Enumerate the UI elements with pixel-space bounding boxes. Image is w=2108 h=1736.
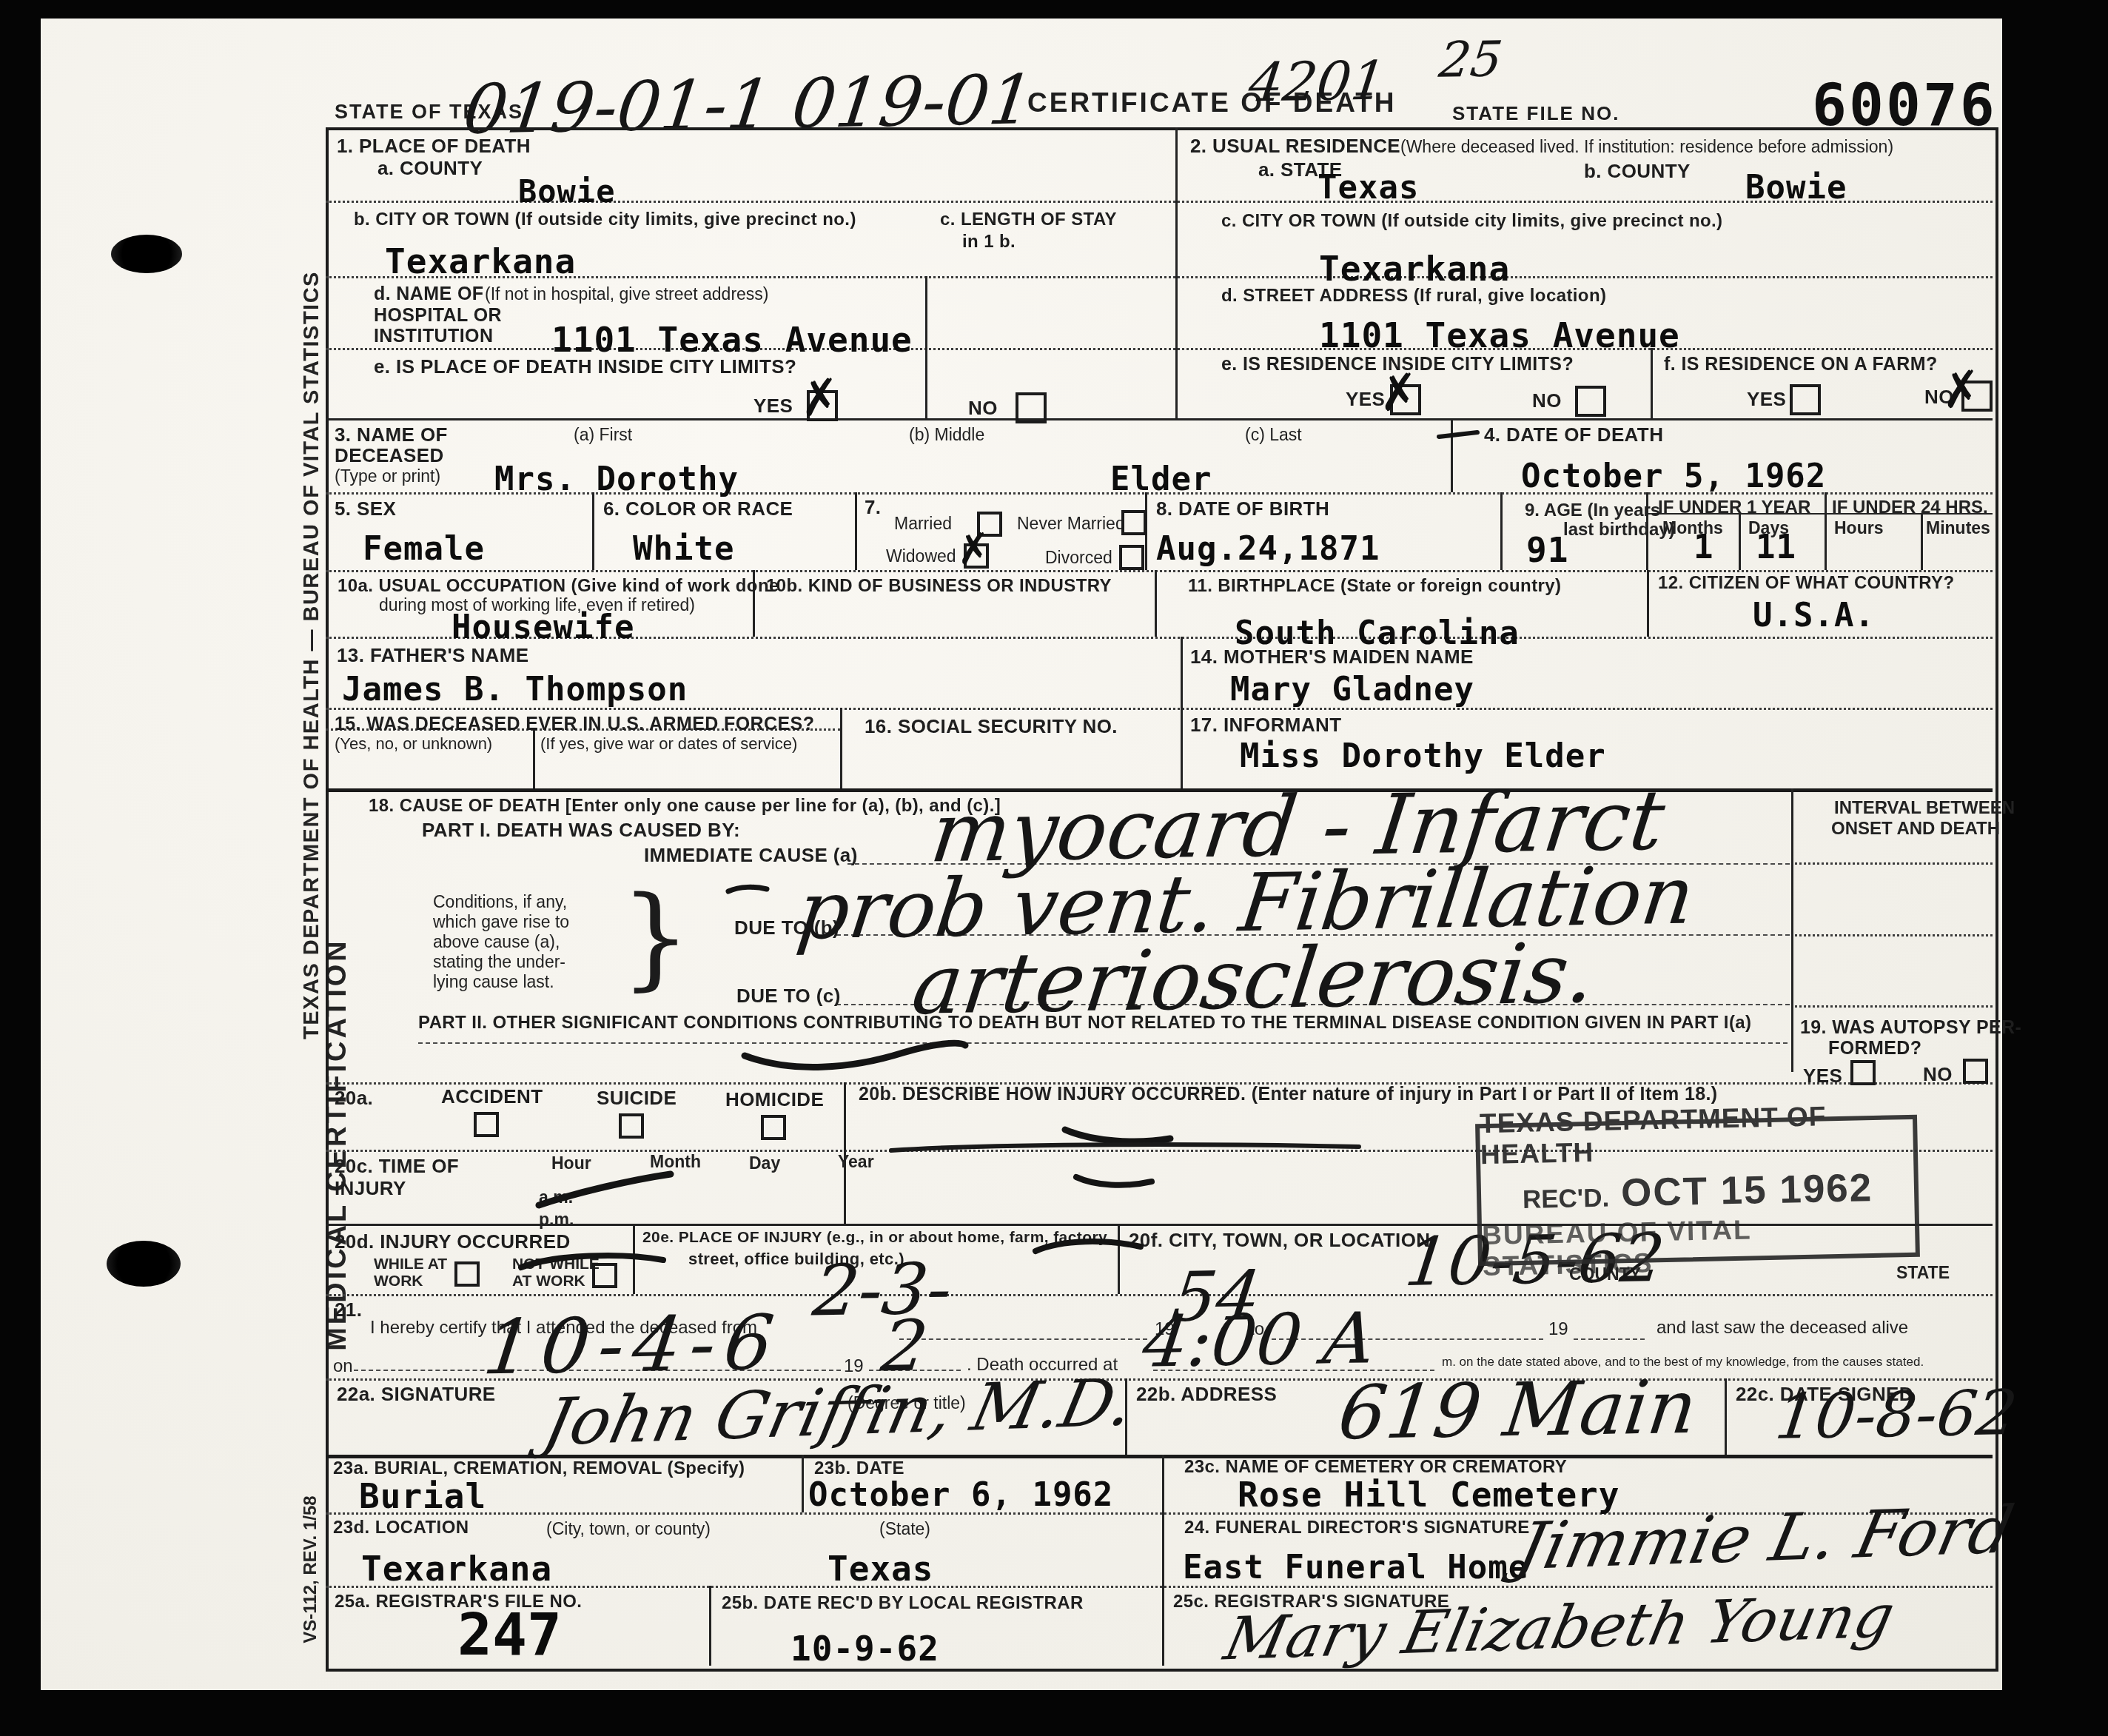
field-20d-while-label2: WORK: [374, 1273, 423, 1290]
checkbox-20d-while: [454, 1261, 480, 1287]
field-20d-while-label: WHILE AT: [374, 1256, 447, 1273]
field-3-label: 3. NAME OF: [335, 423, 448, 446]
handwritten-number-25: 25: [1436, 30, 1506, 88]
brace-glyph: }: [620, 874, 691, 1002]
pen-stroke: [1436, 428, 1480, 441]
grid-line: [533, 728, 535, 788]
grid-line: [1162, 1586, 1164, 1666]
grid-line: [840, 708, 842, 788]
field-10b-label: 10b. KIND OF BUSINESS OR INDUSTRY: [766, 576, 1112, 597]
field-20c-day-label: Day: [749, 1153, 780, 1173]
field-1d-value: 1101 Texas Avenue: [551, 320, 913, 360]
checkbox-2f-yes: [1790, 384, 1821, 415]
field-25b-value: 10-9-62: [790, 1629, 939, 1669]
checkbox-20a-suicide: [619, 1113, 644, 1139]
checkbox-1e-no: [1016, 392, 1047, 423]
grid-line: [1155, 570, 1157, 637]
checkbox-19-no: [1963, 1059, 1988, 1084]
pen-stroke: [888, 1140, 1362, 1155]
field-9-minutes-label: Minutes: [1926, 518, 1990, 538]
write-line: [418, 1042, 1788, 1044]
checkbox-7-divorced: [1119, 545, 1144, 570]
field-1a-value: Bowie: [518, 173, 615, 210]
field-15-sub1: (Yes, no, or unknown): [335, 734, 492, 754]
field-23d-city-value: Texarkana: [361, 1549, 552, 1589]
field-2-title-paren: (Where deceased lived. If institution: r…: [1400, 137, 1893, 157]
grid-line: [326, 570, 1993, 572]
grid-line: [1651, 348, 1653, 418]
field-20c-label: 20c. TIME OF: [335, 1155, 459, 1178]
checkbox-7-never-married: [1121, 510, 1147, 535]
grid-line: [1791, 862, 1993, 865]
field-21-num: 21.: [335, 1298, 362, 1321]
field-9-hours-label: Hours: [1834, 518, 1883, 538]
handwritten-attended-from: 2-3-: [809, 1248, 956, 1332]
field-1c-label2: in 1 b.: [962, 232, 1016, 252]
checkmark-2e-yes: ✗: [1375, 362, 1422, 423]
field-1-title: 1. PLACE OF DEATH: [337, 135, 531, 158]
grid-line: [925, 276, 927, 418]
margin-department-text: TEXAS DEPARTMENT OF HEALTH — BUREAU OF V…: [298, 355, 325, 955]
field-12-label: 12. CITIZEN OF WHAT COUNTRY?: [1658, 573, 1955, 594]
write-line: [899, 1338, 1147, 1340]
grid-line: [1162, 1455, 1164, 1586]
handwritten-date-signed: 10-8-62: [1772, 1376, 2021, 1453]
field-18-part2: PART II. OTHER SIGNIFICANT CONDITIONS CO…: [418, 1013, 1751, 1033]
field-1b-value: Texarkana: [385, 241, 576, 281]
field-2c-value: Texarkana: [1319, 249, 1510, 289]
pen-stroke: [740, 1035, 970, 1076]
field-15-sub2: (If yes, give war or dates of service): [540, 734, 797, 754]
field-3-first-label: (a) First: [574, 425, 632, 445]
field-18-due-c-label: DUE TO (c): [736, 985, 841, 1008]
handwritten-death-time: 4:00 A: [1138, 1298, 1380, 1383]
stamp-date: OCT 15 1962: [1620, 1165, 1873, 1216]
field-9-label: 9. AGE (In years: [1525, 500, 1660, 521]
field-18-part1: PART I. DEATH WAS CAUSED BY:: [422, 819, 740, 842]
field-13-label: 13. FATHER'S NAME: [337, 644, 529, 667]
field-18-conditions-note: above cause (a),: [433, 932, 560, 952]
field-19-label2: FORMED?: [1828, 1038, 1921, 1059]
interval-header: INTERVAL BETWEEN: [1834, 798, 2015, 819]
field-23a-value: Burial: [359, 1476, 486, 1516]
field-18-conditions-note: stating the under-: [433, 952, 565, 972]
checkmark-1e-yes: ✗: [796, 367, 843, 428]
field-17-label: 17. INFORMANT: [1190, 714, 1342, 737]
field-2c-label: c. CITY OR TOWN (If outside city limits,…: [1221, 211, 1722, 232]
grid-line: [1921, 513, 1923, 570]
field-20a-homicide-label: HOMICIDE: [725, 1088, 824, 1111]
field-3-last-label: (c) Last: [1245, 425, 1302, 445]
field-3-first-value: Mrs. Dorothy: [494, 460, 739, 498]
grid-line: [802, 1455, 804, 1512]
field-1a-label: a. COUNTY: [377, 157, 483, 180]
handwritten-address: 619 Main: [1334, 1364, 1702, 1456]
stamp-line1: TEXAS DEPARTMENT OF HEALTH: [1480, 1099, 1914, 1170]
field-8-value: Aug.24,1871: [1156, 530, 1380, 568]
grid-line: [1647, 570, 1649, 637]
interval-header2: ONSET AND DEATH: [1831, 819, 2000, 839]
field-7-never-married-label: Never Married: [1017, 514, 1125, 534]
field-2-title: 2. USUAL RESIDENCE: [1190, 135, 1400, 158]
handwritten-number-4201: 4201: [1246, 49, 1389, 113]
field-20f-label: 20f. CITY, TOWN, OR LOCATION: [1129, 1229, 1430, 1252]
field-2b-value: Bowie: [1745, 169, 1847, 207]
field-8-label: 8. DATE OF BIRTH: [1156, 497, 1329, 520]
field-23d-label: 23d. LOCATION: [333, 1518, 469, 1538]
field-2d-label: d. STREET ADDRESS (If rural, give locati…: [1221, 286, 1606, 306]
grid-line: [1500, 492, 1503, 570]
field-9-label2: last birthday): [1563, 520, 1675, 540]
field-17-value: Miss Dorothy Elder: [1240, 737, 1606, 775]
field-20b-label: 20b. DESCRIBE HOW INJURY OCCURRED. (Ente…: [859, 1084, 1718, 1105]
field-21-yr2: 19: [1548, 1319, 1568, 1340]
field-19-no-label: NO: [1923, 1063, 1953, 1086]
field-10a-label: 10a. USUAL OCCUPATION (Give kind of work…: [338, 576, 779, 597]
field-4-value: October 5, 1962: [1521, 458, 1826, 495]
grid-line: [1791, 788, 1793, 1072]
grid-line: [326, 1294, 1993, 1296]
field-1d-label2: HOSPITAL OR: [374, 305, 502, 326]
field-9-under-year-label: IF UNDER 1 YEAR: [1658, 497, 1810, 518]
pen-stroke: [518, 1248, 666, 1273]
grid-line: [1739, 513, 1741, 570]
grid-line: [1181, 708, 1183, 788]
field-18-conditions-note: lying cause last.: [433, 972, 554, 992]
field-6-label: 6. COLOR OR RACE: [603, 497, 793, 520]
field-9-age-value: 91: [1526, 530, 1568, 570]
field-1d-label: d. NAME OF: [374, 284, 483, 305]
field-6-value: White: [633, 530, 734, 568]
grid-line: [1825, 492, 1827, 570]
field-7-widowed-label: Widowed: [886, 546, 956, 566]
field-9-days-value: 11: [1756, 529, 1796, 566]
field-20c-year-label: Year: [838, 1152, 874, 1172]
field-25b-label: 25b. DATE REC'D BY LOCAL REGISTRAR: [722, 1593, 1084, 1614]
field-24-label: 24. FUNERAL DIRECTOR'S SIGNATURE: [1184, 1518, 1530, 1538]
field-2f-label: f. IS RESIDENCE ON A FARM?: [1664, 354, 1938, 375]
field-22a-label: 22a. SIGNATURE: [337, 1383, 496, 1406]
field-1d-label3: INSTITUTION: [374, 326, 493, 347]
pen-stroke: [1073, 1171, 1155, 1190]
field-14-label: 14. MOTHER'S MAIDEN NAME: [1190, 646, 1474, 668]
pen-stroke: [534, 1168, 675, 1209]
field-23d-sub-label: (City, town, or county): [546, 1519, 711, 1539]
field-2e-no-label: NO: [1532, 389, 1562, 412]
field-15-label: 15. WAS DECEASED EVER IN U.S. ARMED FORC…: [335, 714, 814, 735]
field-9-months-value: 1: [1694, 529, 1714, 566]
field-2a-value: Texas: [1317, 169, 1419, 207]
field-1d-paren: (If not in hospital, give street address…: [485, 284, 769, 304]
field-4-label: 4. DATE OF DEATH: [1484, 423, 1663, 446]
field-2d-value: 1101 Texas Avenue: [1319, 315, 1680, 355]
margin-form-code: VS-112, REV. 1/58: [300, 1481, 322, 1658]
field-1b-label: b. CITY OR TOWN (If outside city limits,…: [354, 210, 856, 230]
field-18-title: 18. CAUSE OF DEATH [Enter only one cause…: [369, 796, 1001, 817]
field-21-alive-text: and last saw the deceased alive: [1656, 1318, 1908, 1338]
field-24-value: East Funeral Home: [1183, 1549, 1528, 1586]
field-1c-label: c. LENGTH OF STAY: [940, 210, 1117, 230]
field-2b-label: b. COUNTY: [1584, 160, 1691, 183]
grid-line: [592, 492, 594, 570]
field-7-divorced-label: Divorced: [1045, 548, 1112, 568]
field-5-label: 5. SEX: [335, 497, 396, 520]
grid-line: [1181, 637, 1183, 708]
field-11-label: 11. BIRTHPLACE (State or foreign country…: [1188, 576, 1561, 597]
pen-stroke: [725, 882, 770, 897]
punch-hole-top: [111, 235, 182, 273]
grid-line: [1725, 1378, 1727, 1455]
field-23d-state-sub-label: (State): [879, 1519, 930, 1539]
field-20a-accident-label: ACCIDENT: [441, 1085, 543, 1108]
checkbox-20a-accident: [474, 1112, 499, 1137]
checkmark-2f-no: ✗: [1938, 359, 1984, 420]
checkbox-20a-homicide: [761, 1115, 786, 1140]
punch-hole-bottom: [107, 1241, 181, 1287]
checkbox-19-yes: [1850, 1060, 1876, 1085]
field-21-on: on: [333, 1356, 353, 1377]
field-20c-pm-label: p.m.: [539, 1210, 574, 1230]
field-19-label: 19. WAS AUTOPSY PER-: [1800, 1017, 2021, 1039]
stamp-recd-label: REC'D.: [1523, 1183, 1610, 1214]
field-20a-suicide-label: SUICIDE: [597, 1087, 677, 1110]
field-10a-value: Housewife: [452, 609, 634, 646]
field-14-value: Mary Gladney: [1230, 671, 1474, 708]
field-9-months-label: Months: [1662, 518, 1723, 538]
state-file-no-label: STATE FILE NO.: [1452, 102, 1619, 125]
field-25a-value: 247: [457, 1602, 562, 1669]
checkbox-2e-no: [1575, 386, 1606, 417]
field-3-middle-label: (b) Middle: [909, 425, 984, 445]
grid-line: [1175, 127, 1178, 418]
field-7-married-label: Married: [894, 514, 952, 534]
field-1e-label: e. IS PLACE OF DEATH INSIDE CITY LIMITS?: [374, 355, 796, 378]
field-13-value: James B. Thompson: [342, 671, 688, 708]
grid-line: [326, 418, 1993, 420]
field-7-num: 7.: [865, 496, 881, 519]
field-20d-not-while-label2: AT WORK: [512, 1273, 585, 1290]
field-16-label: 16. SOCIAL SECURITY NO.: [865, 715, 1118, 738]
field-22b-label: 22b. ADDRESS: [1136, 1383, 1277, 1406]
field-1e-no-label: NO: [968, 397, 998, 420]
stamp-line3: BUREAU OF VITAL STATISTICS: [1482, 1210, 1916, 1281]
field-2f-yes-label: YES: [1747, 388, 1786, 411]
checkmark-7-widowed: ✗: [954, 524, 993, 576]
grid-line: [709, 1586, 711, 1666]
pen-stroke: [1033, 1233, 1144, 1260]
field-23d-state-value: Texas: [828, 1549, 933, 1589]
field-23b-value: October 6, 1962: [808, 1476, 1113, 1514]
scanned-death-certificate: TEXAS DEPARTMENT OF HEALTH — BUREAU OF V…: [0, 0, 2108, 1736]
grid-line: [855, 492, 857, 570]
field-18-conditions-note: which gave rise to: [433, 912, 569, 932]
field-1e-yes-label: YES: [753, 395, 793, 418]
field-12-value: U.S.A.: [1753, 597, 1875, 634]
field-9-under-24-label: IF UNDER 24 HRS.: [1832, 497, 1988, 518]
field-19-yes-label: YES: [1803, 1065, 1842, 1087]
field-5-value: Female: [363, 530, 485, 568]
field-20a-num: 20a.: [335, 1087, 373, 1110]
field-18-conditions-note: Conditions, if any,: [433, 892, 567, 912]
grid-line: [1791, 1005, 1993, 1008]
field-3-last-value: Elder: [1110, 460, 1212, 498]
field-20c-label2: INJURY: [335, 1177, 406, 1200]
received-stamp: TEXAS DEPARTMENT OF HEALTH REC'D. OCT 15…: [1475, 1115, 1920, 1266]
field-18-immediate-cause-label: IMMEDIATE CAUSE (a): [644, 844, 858, 867]
field-3-label2: DECEASED: [335, 444, 444, 467]
field-3-label3: (Type or print): [335, 466, 440, 486]
grid-line: [1791, 934, 1993, 936]
write-line: [1574, 1338, 1645, 1340]
